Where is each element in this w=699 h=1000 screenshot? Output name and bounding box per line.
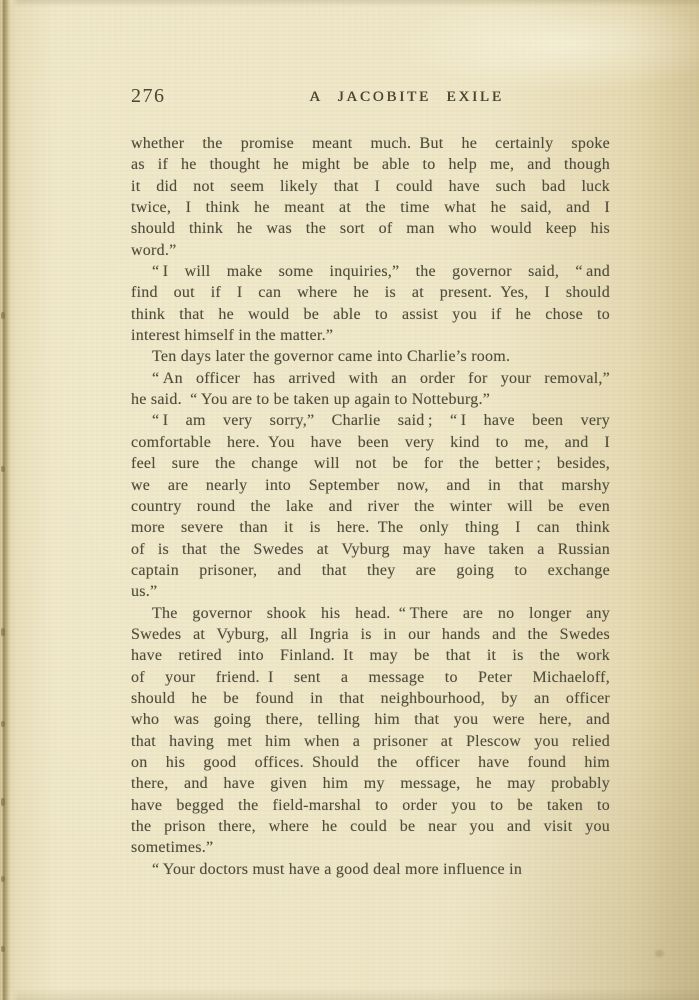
text-line: captain prisoner, and that they are goin… <box>131 560 610 581</box>
paragraph: “ I am very sorry,” Charlie said ; “ I h… <box>131 410 610 602</box>
edge-mark <box>1 946 5 952</box>
text-line: of your friend. I sent a message to Pete… <box>131 667 610 688</box>
text-line: we are nearly into September now, and in… <box>131 475 610 496</box>
text-line: who was going there, telling him that yo… <box>131 709 610 730</box>
text-line: whether the promise meant much. But he c… <box>131 133 610 154</box>
edge-mark <box>1 466 5 472</box>
edge-mark <box>1 628 5 636</box>
paragraph: Ten days later the governor came into Ch… <box>131 346 610 367</box>
text-line: The governor shook his head. “ There are… <box>131 603 610 624</box>
text-line: there, and have given him my message, he… <box>131 773 610 794</box>
page-header: 276 A JACOBITE EXILE <box>131 89 610 111</box>
text-line: that having met him when a prisoner at P… <box>131 731 610 752</box>
text-line: should think he was the sort of man who … <box>131 218 610 239</box>
binding-edge <box>0 0 18 1000</box>
text-line: twice, I think he meant at the time what… <box>131 197 610 218</box>
paragraph: “ I will make some inquiries,” the gover… <box>131 261 610 346</box>
paragraph: whether the promise meant much. But he c… <box>131 133 610 261</box>
text-line: comfortable here. You have been very kin… <box>131 432 610 453</box>
edge-mark <box>1 721 5 727</box>
text-line: more severe than it is here. The only th… <box>131 517 610 538</box>
text-line: word.” <box>131 240 610 261</box>
text-line: on his good offices. Should the officer … <box>131 752 610 773</box>
text-column: whether the promise meant much. But he c… <box>131 133 610 880</box>
text-line: sometimes.” <box>131 837 610 858</box>
text-line: think that he would be able to assist yo… <box>131 304 610 325</box>
edge-mark <box>1 798 5 806</box>
running-title: A JACOBITE EXILE <box>167 89 646 106</box>
text-line: have begged the field-marshal to order y… <box>131 795 610 816</box>
edge-mark <box>1 876 5 882</box>
text-line: “ An officer has arrived with an order f… <box>131 368 610 389</box>
text-line: “ Your doctors must have a good deal mor… <box>131 859 610 880</box>
text-line: find out if I can where he is at present… <box>131 282 610 303</box>
text-line: the prison there, where he could be near… <box>131 816 610 837</box>
text-line: country round the lake and river the win… <box>131 496 610 517</box>
text-line: us.” <box>131 581 610 602</box>
text-line: he said. “ You are to be taken up again … <box>131 389 610 410</box>
text-line: have retired into Finland. It may be tha… <box>131 645 610 666</box>
paragraph: The governor shook his head. “ There are… <box>131 603 610 859</box>
text-line: Swedes at Vyburg, all Ingria is in our h… <box>131 624 610 645</box>
text-line: of is that the Swedes at Vyburg may have… <box>131 539 610 560</box>
text-line: as if he thought he might be able to hel… <box>131 154 610 175</box>
text-line: should he be found in that neighbourhood… <box>131 688 610 709</box>
text-line: it did not seem likely that I could have… <box>131 176 610 197</box>
paragraph: “ An officer has arrived with an order f… <box>131 368 610 411</box>
text-line: “ I will make some inquiries,” the gover… <box>131 261 610 282</box>
book-page-scan: 276 A JACOBITE EXILE whether the promise… <box>0 0 699 1000</box>
text-line: Ten days later the governor came into Ch… <box>131 346 610 367</box>
page-number: 276 <box>131 85 166 108</box>
page: 276 A JACOBITE EXILE whether the promise… <box>131 0 610 880</box>
text-line: interest himself in the matter.” <box>131 325 610 346</box>
edge-mark <box>1 312 5 319</box>
scan-speck <box>655 950 664 957</box>
text-line: “ I am very sorry,” Charlie said ; “ I h… <box>131 410 610 431</box>
paragraph: “ Your doctors must have a good deal mor… <box>131 859 610 880</box>
text-line: feel sure the change will not be for the… <box>131 453 610 474</box>
